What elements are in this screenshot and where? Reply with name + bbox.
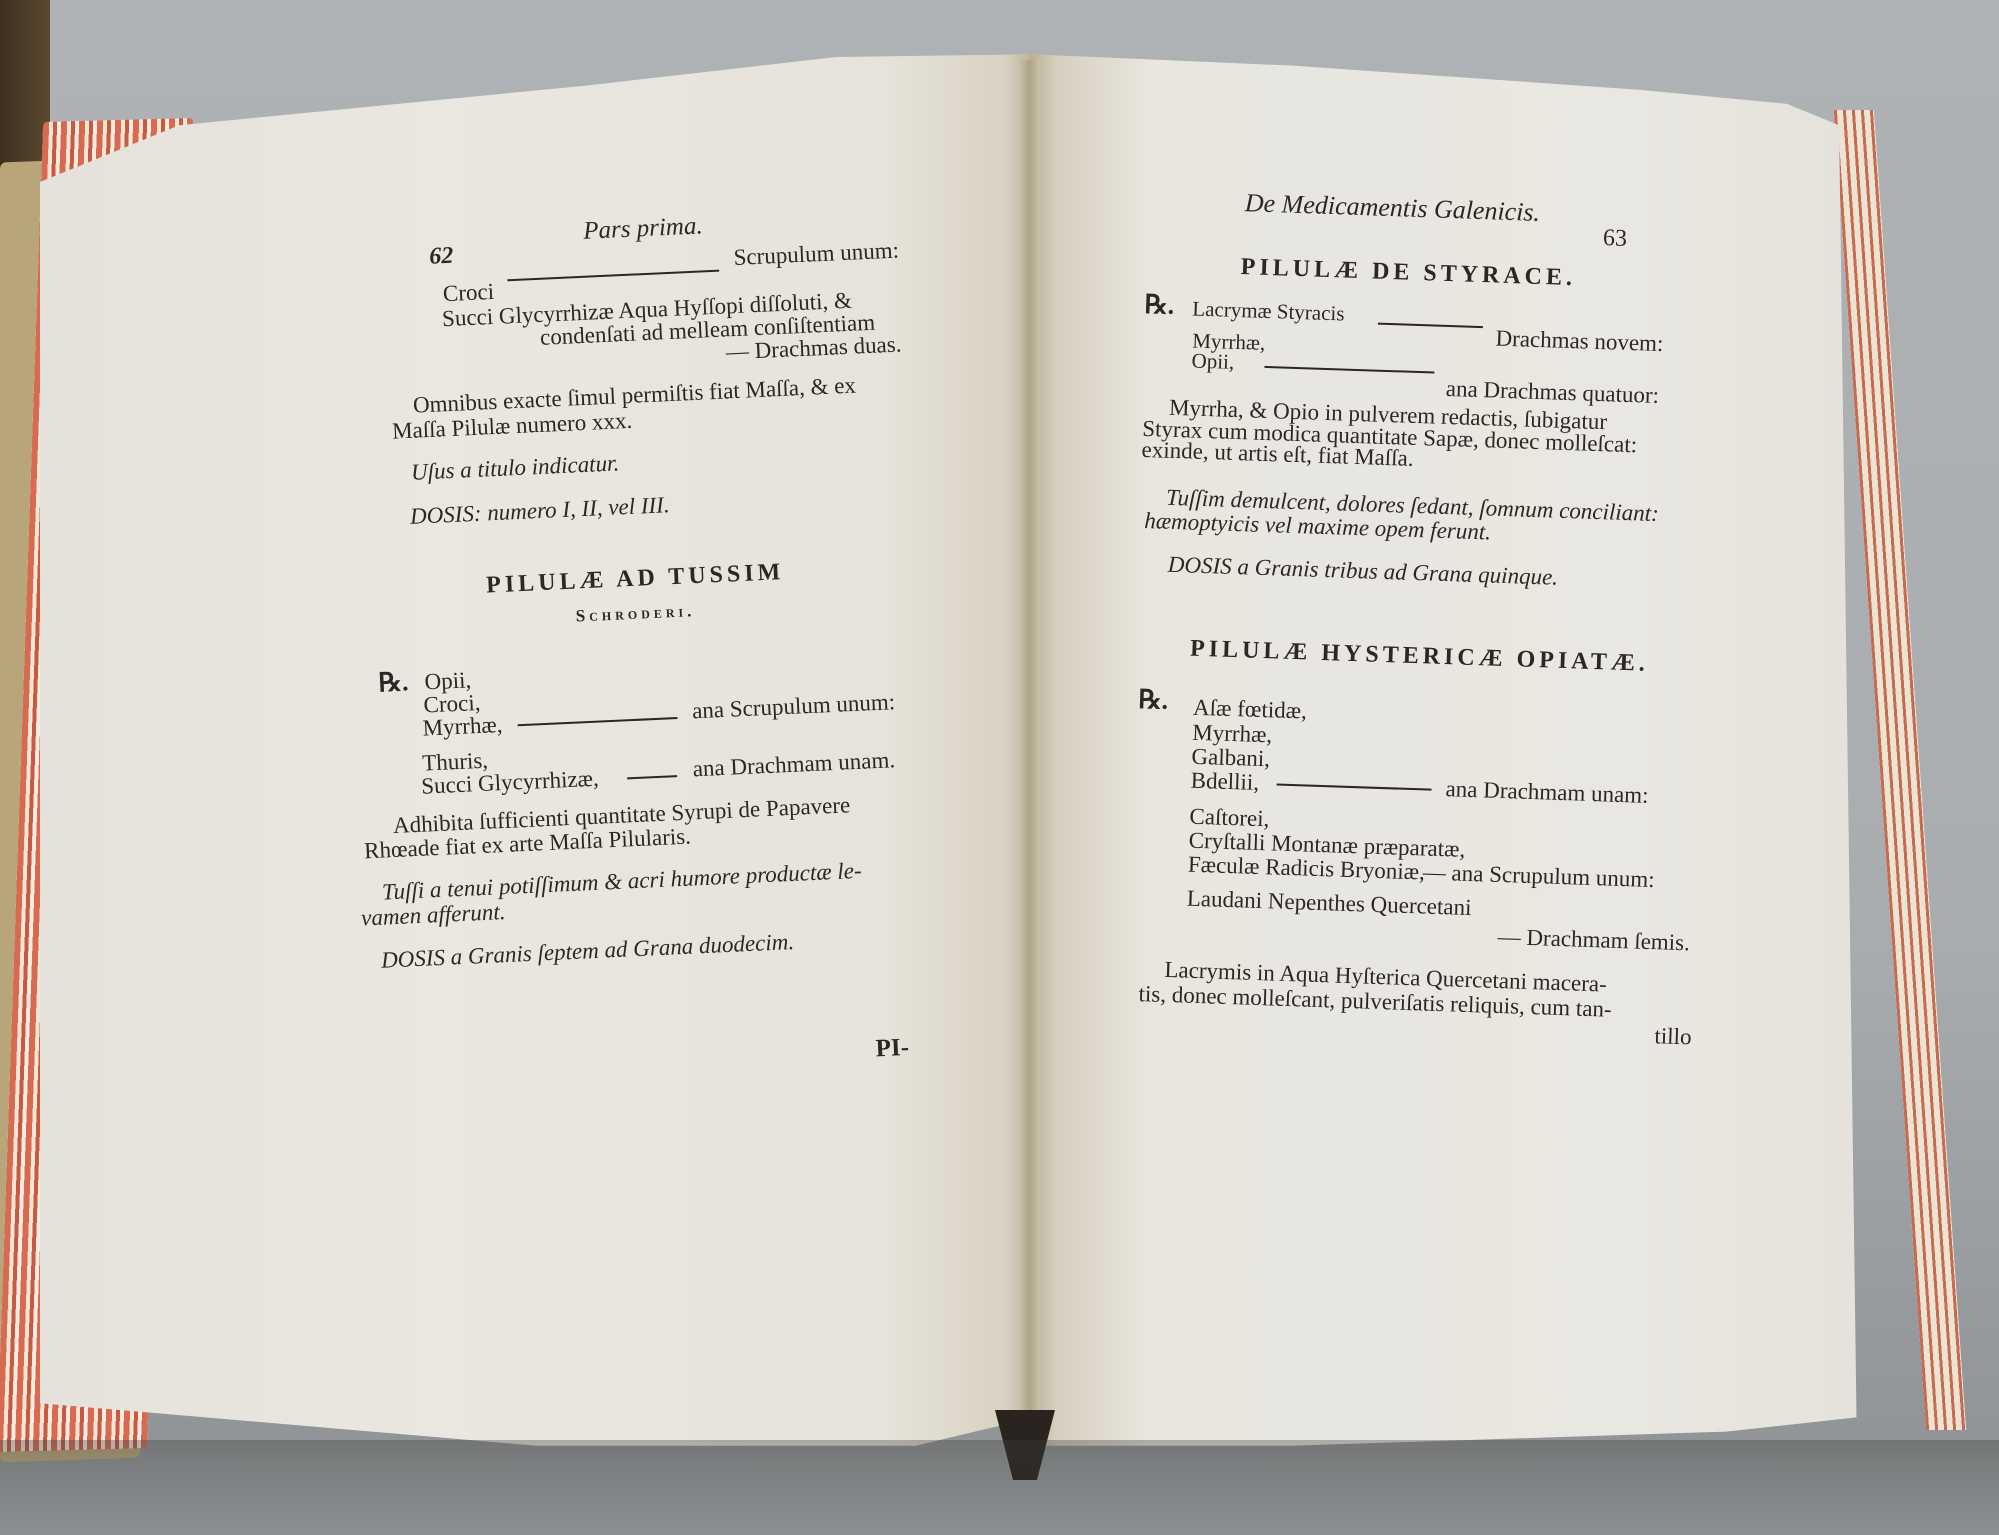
ingredient-amount: — Drachmam ſemis. — [1497, 925, 1690, 954]
ingredient: Bdellii, — [1190, 769, 1259, 794]
ingredient: Caſtorei, — [1189, 805, 1270, 831]
catchword: tillo — [1654, 1024, 1692, 1048]
right-page — [1030, 40, 1900, 1460]
page-number: 62 — [429, 244, 454, 269]
recipe-symbol: ℞. — [1144, 292, 1175, 319]
photo-scene: 62 Pars prima. Scrupulum unum: Croci Suc… — [0, 0, 1999, 1535]
catchword: PI- — [875, 1035, 909, 1061]
ingredient-amount: Drachmas novem: — [1495, 327, 1664, 356]
running-head: Pars prima. — [583, 213, 703, 243]
ingredient: Myrrhæ, — [422, 713, 503, 740]
book-gutter — [1018, 60, 1040, 1470]
page-number: 63 — [1603, 226, 1628, 251]
recipe-symbol: ℞. — [378, 669, 409, 696]
ingredient: Opii, — [1191, 350, 1234, 372]
ingredient: Aſæ fœtidæ, — [1193, 696, 1307, 723]
ingredient: Galbani, — [1191, 745, 1270, 771]
text-line: Croci — [442, 280, 494, 305]
recipe-symbol: ℞. — [1138, 687, 1169, 714]
table-shadow — [0, 1440, 1999, 1535]
ingredient: Lacrymæ Styracis — [1192, 298, 1345, 324]
ingredient: Myrrhæ, — [1192, 721, 1273, 747]
